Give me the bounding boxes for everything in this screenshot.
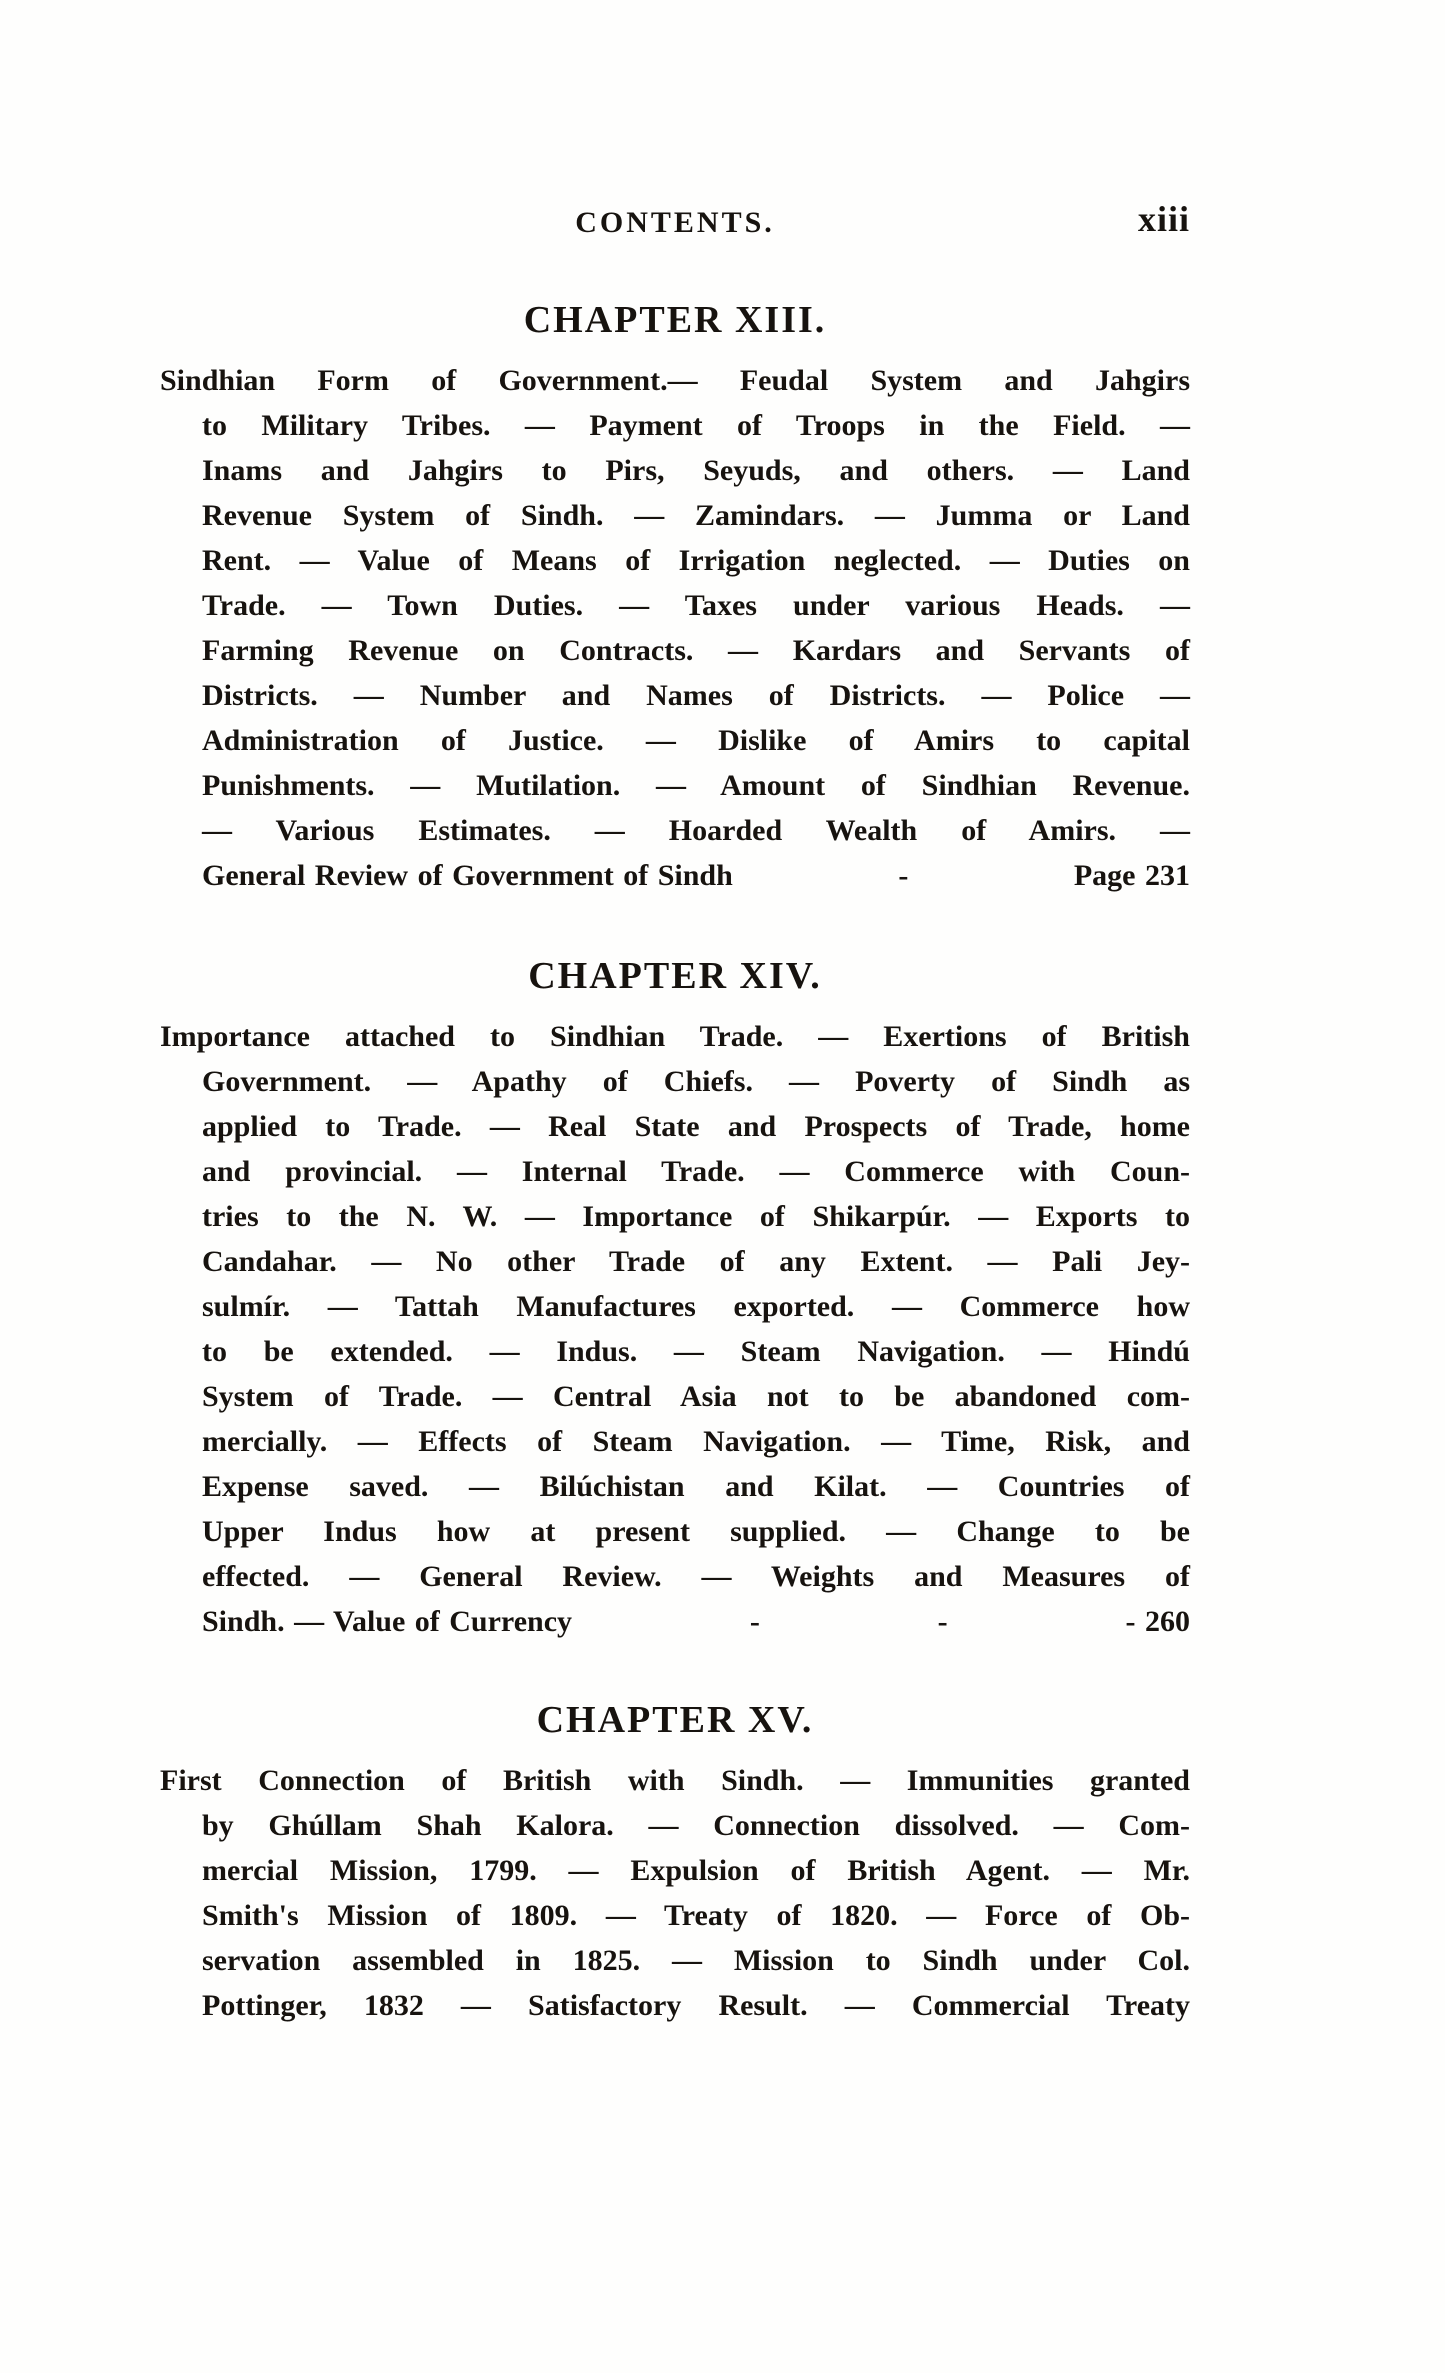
- chapter-xiii-entry: CHAPTER XIII. Sindhian Form of Governmen…: [160, 300, 1190, 898]
- toc-line: to be extended. — Indus. — Steam Navigat…: [160, 1329, 1190, 1374]
- leader-dash: -: [898, 853, 908, 898]
- leader-dash: -: [750, 1599, 760, 1644]
- toc-line: Administration of Justice. — Dislike of …: [160, 718, 1190, 763]
- toc-line: Smith's Mission of 1809. — Treaty of 182…: [160, 1893, 1190, 1938]
- toc-line: Importance attached to Sindhian Trade. —…: [160, 1014, 1190, 1059]
- chapter-xv-summary: First Connection of British with Sindh. …: [160, 1758, 1190, 2028]
- running-header: CONTENTS. xiii: [160, 198, 1190, 250]
- chapter-xv-heading: CHAPTER XV.: [160, 1700, 1190, 1740]
- chapter-xiv-summary: Importance attached to Sindhian Trade. —…: [160, 1014, 1190, 1644]
- toc-line: Government. — Apathy of Chiefs. — Povert…: [160, 1059, 1190, 1104]
- chapter-xiii-summary: Sindhian Form of Government.— Feudal Sys…: [160, 358, 1190, 898]
- toc-line: mercially. — Effects of Steam Navigation…: [160, 1419, 1190, 1464]
- leader-dash: -: [938, 1599, 948, 1644]
- toc-line: servation assembled in 1825. — Mission t…: [160, 1938, 1190, 1983]
- toc-line: — Various Estimates. — Hoarded Wealth of…: [160, 808, 1190, 853]
- chapter-xiii-heading: CHAPTER XIII.: [160, 300, 1190, 340]
- toc-line: Trade. — Town Duties. — Taxes under vari…: [160, 583, 1190, 628]
- toc-line: Punishments. — Mutilation. — Amount of S…: [160, 763, 1190, 808]
- toc-line: tries to the N. W. — Importance of Shika…: [160, 1194, 1190, 1239]
- toc-line: System of Trade. — Central Asia not to b…: [160, 1374, 1190, 1419]
- toc-line: Inams and Jahgirs to Pirs, Seyuds, and o…: [160, 448, 1190, 493]
- running-header-title: CONTENTS.: [575, 206, 775, 240]
- chapter-xiv-entry: CHAPTER XIV. Importance attached to Sind…: [160, 956, 1190, 1644]
- toc-line: applied to Trade. — Real State and Prosp…: [160, 1104, 1190, 1149]
- toc-line: Pottinger, 1832 — Satisfactory Result. —…: [160, 1983, 1190, 2028]
- book-contents-page: CONTENTS. xiii CHAPTER XIII. Sindhian Fo…: [0, 0, 1445, 2373]
- toc-line-text: General Review of Government of Sindh: [202, 853, 733, 898]
- toc-line: Candahar. — No other Trade of any Extent…: [160, 1239, 1190, 1284]
- toc-line: Districts. — Number and Names of Distric…: [160, 673, 1190, 718]
- toc-line-text: Sindh. — Value of Currency: [202, 1599, 572, 1644]
- page-ref: Page 231: [1074, 853, 1190, 898]
- page-number: xiii: [1138, 198, 1190, 240]
- toc-line-with-pageref: Sindh. — Value of Currency - - - 260: [160, 1599, 1190, 1644]
- toc-line: mercial Mission, 1799. — Expulsion of Br…: [160, 1848, 1190, 1893]
- toc-line: effected. — General Review. — Weights an…: [160, 1554, 1190, 1599]
- chapter-xiv-heading: CHAPTER XIV.: [160, 956, 1190, 996]
- toc-line-with-pageref: General Review of Government of Sindh - …: [160, 853, 1190, 898]
- toc-line: by Ghúllam Shah Kalora. — Connection dis…: [160, 1803, 1190, 1848]
- toc-line: Expense saved. — Bilúchistan and Kilat. …: [160, 1464, 1190, 1509]
- toc-line: Rent. — Value of Means of Irrigation neg…: [160, 538, 1190, 583]
- chapter-xv-entry: CHAPTER XV. First Connection of British …: [160, 1700, 1190, 2028]
- toc-line: Sindhian Form of Government.— Feudal Sys…: [160, 358, 1190, 403]
- toc-line: First Connection of British with Sindh. …: [160, 1758, 1190, 1803]
- toc-line: to Military Tribes. — Payment of Troops …: [160, 403, 1190, 448]
- toc-line: Revenue System of Sindh. — Zamindars. — …: [160, 493, 1190, 538]
- toc-line: Upper Indus how at present supplied. — C…: [160, 1509, 1190, 1554]
- toc-line: Farming Revenue on Contracts. — Kardars …: [160, 628, 1190, 673]
- toc-line: sulmír. — Tattah Manufactures exported. …: [160, 1284, 1190, 1329]
- page-ref: - 260: [1125, 1599, 1190, 1644]
- toc-line: and provincial. — Internal Trade. — Comm…: [160, 1149, 1190, 1194]
